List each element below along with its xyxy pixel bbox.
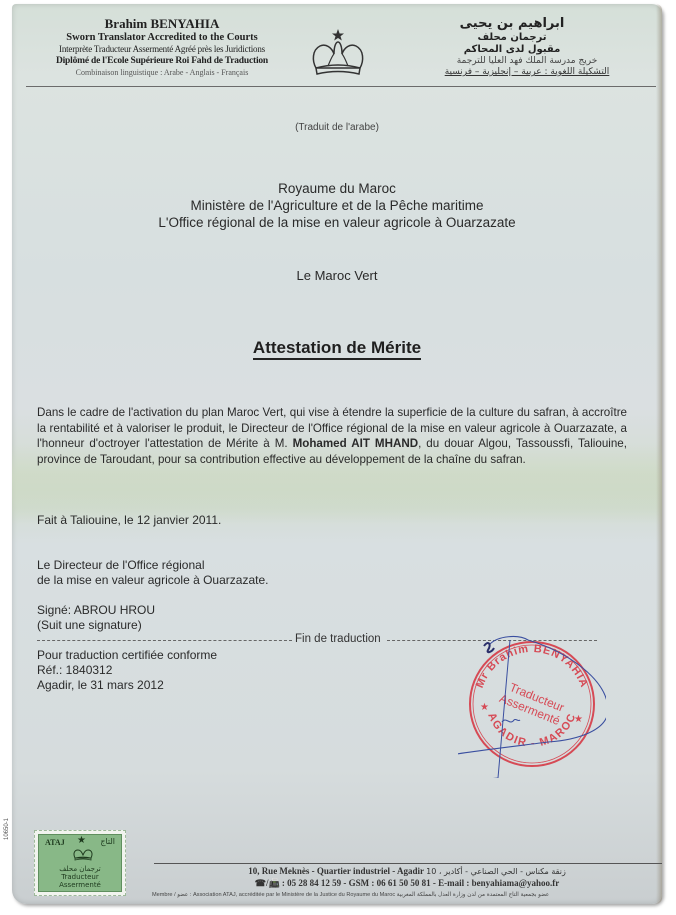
signatory-block: Le Directeur de l'Office régional de la … <box>37 558 268 588</box>
ataj-badge: ATAJ ★ التاج ترجمان محلف Traducteur Asse… <box>34 830 126 896</box>
page-edge <box>656 4 662 904</box>
issuer-office: L'Office régional de la mise en valeur a… <box>12 214 662 231</box>
ataj-badge-inner: ATAJ ★ التاج ترجمان محلف Traducteur Asse… <box>38 834 122 892</box>
ataj-label: ATAJ <box>45 838 65 847</box>
letterhead-right-arabic: ابراهيم بن يحيى ترجمان محلف مقبول لدى ال… <box>412 16 642 78</box>
membership-fr: Membre / عضو : Association ATAJ, accrédi… <box>152 892 395 898</box>
dashed-line-left <box>37 640 292 641</box>
address-ar: 10 ، زنقة مكناس - الحي الصناعي - أكادير <box>426 867 566 876</box>
ataj-bottom-text: ترجمان محلف Traducteur Assermenté <box>42 865 118 889</box>
translator-title-ar: ترجمان محلف <box>412 32 642 44</box>
place-date: Fait à Taliouine, le 12 janvier 2011. <box>37 513 221 528</box>
signatory-line1: Le Directeur de l'Office régional <box>37 558 268 573</box>
membership-ar: عضو بجمعية التاج المعتمدة من لدن وزارة ا… <box>397 892 550 898</box>
footer-contact: ☎/📠 : 05 28 84 12 59 - GSM : 06 61 50 50… <box>162 878 652 889</box>
star-icon: ★ <box>77 835 86 846</box>
signed-block: Signé: ABROU HROU (Suit une signature) <box>37 603 155 633</box>
translator-name: Brahim BENYAHIA <box>32 16 292 32</box>
certification-date: Agadir, le 31 mars 2012 <box>37 678 217 693</box>
letterhead-divider <box>26 86 656 87</box>
translator-stamp: Mr Brahim BENYAHIA AGADIR - MAROC ★ ★ Tr… <box>458 630 606 778</box>
letterhead-left: Brahim BENYAHIA Sworn Translator Accredi… <box>32 16 292 78</box>
translator-diploma-ar: خريج مدرسة الملك فهد العليا للترجمة <box>412 56 642 67</box>
ataj-bottom-fr: Traducteur Assermenté <box>42 873 118 889</box>
issuer-block: Royaume du Maroc Ministère de l'Agricult… <box>12 180 662 231</box>
certification-line: Pour traduction certifiée conforme <box>37 648 217 663</box>
document-title: Attestation de Mérite <box>12 338 662 358</box>
recipient-name: Mohamed AIT MHAND <box>293 437 419 450</box>
crown-star-icon <box>310 28 366 78</box>
slogan: Le Maroc Vert <box>12 268 662 283</box>
footer-address: 10, Rue Meknès - Quartier industriel - A… <box>162 866 652 877</box>
translator-name-ar: ابراهيم بن يحيى <box>412 16 642 32</box>
ataj-bottom-ar: ترجمان محلف <box>42 865 118 873</box>
footer-divider <box>154 863 662 864</box>
certification-block: Pour traduction certifiée conforme Réf.:… <box>37 648 217 693</box>
issuer-kingdom: Royaume du Maroc <box>12 180 662 197</box>
signature-note: (Suit une signature) <box>37 618 155 633</box>
end-marker-text: Fin de traduction <box>295 633 381 645</box>
body-paragraph: Dans le cadre de l'activation du plan Ma… <box>37 405 627 467</box>
language-combination: Combinaison linguistique : Arabe - Angla… <box>32 67 292 78</box>
ataj-label-ar: التاج <box>100 837 115 846</box>
address-fr: 10, Rue Meknès - Quartier industriel - A… <box>248 866 424 876</box>
signatory-line2: de la mise en valeur agricole à Ouarzaza… <box>37 573 268 588</box>
document-page: Brahim BENYAHIA Sworn Translator Accredi… <box>12 4 662 904</box>
svg-text:★: ★ <box>574 714 583 725</box>
svg-text:★: ★ <box>480 702 489 713</box>
stamp-top-text: Mr Brahim BENYAHIA <box>474 643 590 690</box>
reference-number: Réf.: 1840312 <box>37 663 217 678</box>
signed-name: Signé: ABROU HROU <box>37 603 155 618</box>
footer-membership: Membre / عضو : Association ATAJ, accrédi… <box>152 891 662 899</box>
language-combination-ar: التشكيلة اللغوية : عربية – إنجليزية – فر… <box>412 67 642 78</box>
document-title-text: Attestation de Mérite <box>253 338 421 360</box>
translator-title-fr: Interprète Traducteur Assermenté Agréé p… <box>32 44 292 55</box>
svg-text:Mr Brahim BENYAHIA: Mr Brahim BENYAHIA <box>474 643 590 690</box>
translator-title-en: Sworn Translator Accredited to the Court… <box>32 32 292 44</box>
translator-accreditation-ar: مقبول لدى المحاكم <box>412 44 642 56</box>
translation-note: (Traduit de l'arabe) <box>12 122 662 133</box>
side-code: 10650-1 <box>4 818 10 840</box>
translator-diploma: Diplômé de l'Ecole Supérieure Roi Fahd d… <box>32 55 292 67</box>
crown-icon <box>73 847 93 861</box>
issuer-ministry: Ministère de l'Agriculture et de la Pêch… <box>12 197 662 214</box>
